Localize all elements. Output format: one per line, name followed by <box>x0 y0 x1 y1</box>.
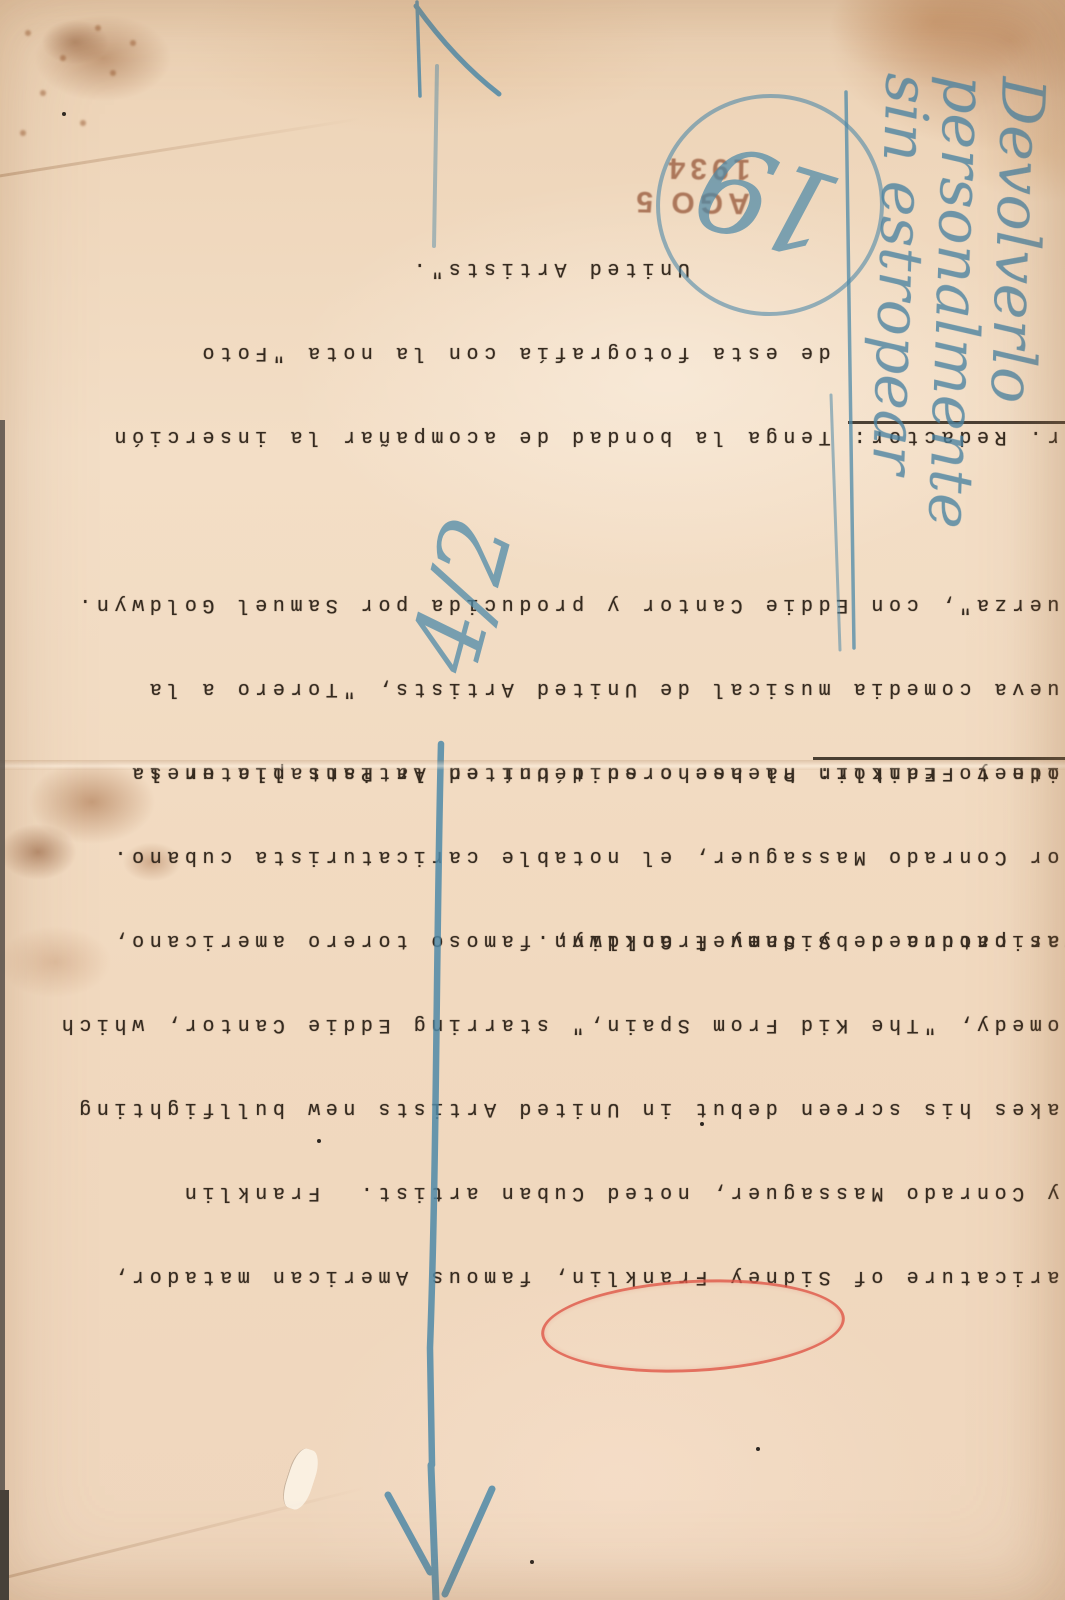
ink-speck <box>62 112 66 116</box>
vertical-arrow <box>388 2 499 1600</box>
ink-speck <box>530 1560 534 1564</box>
ink-speck <box>317 1139 321 1143</box>
blue-pencil-marks <box>0 0 1065 1600</box>
scanned-press-sheet: { "paper": { "base_color": "#f1d8bd", "p… <box>0 0 1065 1600</box>
scan-edge-corner <box>0 1490 9 1600</box>
paper-background: Caricatura de Sidney Franklin, famoso to… <box>0 0 1065 1600</box>
ink-speck <box>756 1447 760 1451</box>
scan-edge <box>0 420 5 1600</box>
handwriting-underline <box>831 92 854 650</box>
ink-speck <box>700 1122 704 1126</box>
